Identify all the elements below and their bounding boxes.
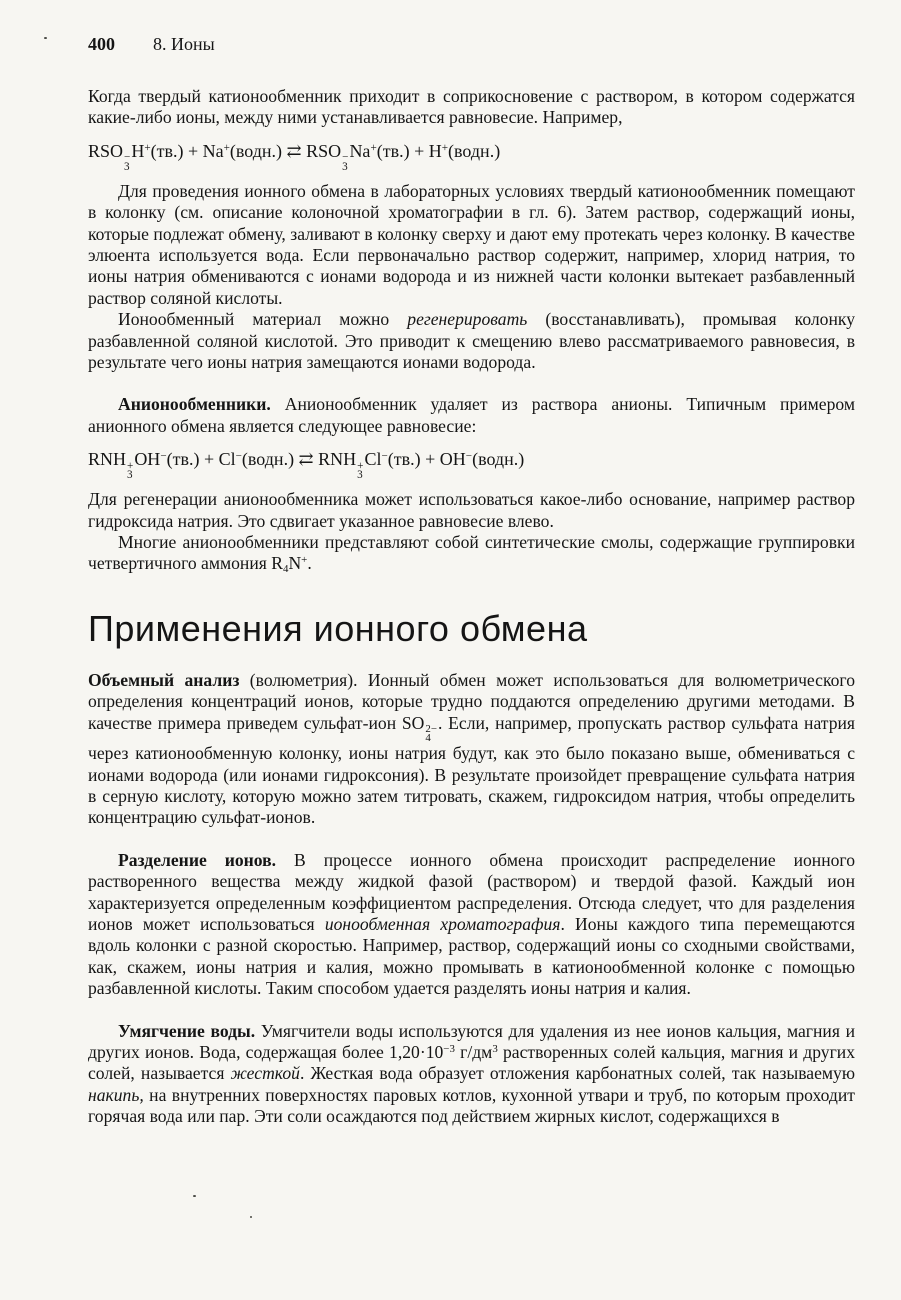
book-page: 400 8. Ионы Когда твердый катионообменни… <box>0 0 901 1300</box>
section-heading: Применения ионного обмена <box>88 608 855 650</box>
body-paragraph-water-softening: Умягчение воды. Умягчители воды использу… <box>88 1021 855 1128</box>
body-paragraph-3: Ионообменный материал можно регенерирова… <box>88 309 855 373</box>
chemical-equation-2: RNH+3OH−(тв.) + Cl−(водн.) ⇄ RNH+3Cl−(тв… <box>88 446 855 480</box>
chemical-equation-1: RSO−3H+(тв.) + Na+(водн.) ⇄ RSO−3Na+(тв.… <box>88 138 855 172</box>
scan-speck <box>250 1216 252 1218</box>
body-paragraph-anion-exchangers: Анионообменники. Анионообменник удаляет … <box>88 394 855 437</box>
body-paragraph-ion-separation: Разделение ионов. В процессе ионного обм… <box>88 850 855 1000</box>
scan-speck <box>44 37 47 39</box>
chapter-title: 8. Ионы <box>153 34 215 55</box>
body-paragraph-5: Для регенерации анионообменника может ис… <box>88 489 855 532</box>
page-number: 400 <box>88 34 115 55</box>
body-paragraph-volumetric-analysis: Объемный анализ (волюметрия). Ионный обм… <box>88 670 855 829</box>
running-head: 400 8. Ионы <box>88 34 855 55</box>
body-paragraph-6: Многие анионообменники представляют собо… <box>88 532 855 575</box>
body-paragraph-2: Для проведения ионного обмена в лаборато… <box>88 181 855 309</box>
scan-speck <box>193 1195 196 1197</box>
body-paragraph-1: Когда твердый катионообменник приходит в… <box>88 86 855 129</box>
